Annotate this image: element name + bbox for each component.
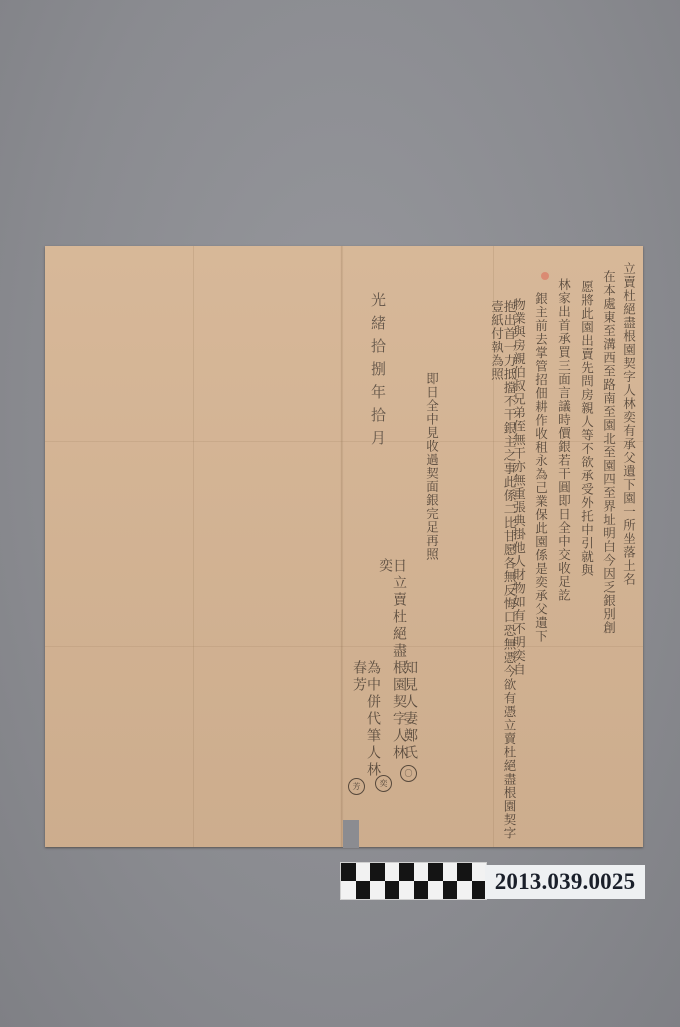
color-scale-square [457,881,472,899]
text-column: 立賣杜絕盡根園契字人林奕有承父遺下園一所坐落土名 [622,262,635,842]
color-scale-square [356,881,371,899]
seal-stamp: 〇 [400,765,417,782]
color-scale-square [414,881,429,899]
color-scale-square [399,863,414,881]
text-column: 在本處東至溝西至路南至園北至園四至界址明白今因乏銀別創 [602,270,615,842]
color-scale-square [356,863,371,881]
date-column: 光緒拾捌年拾月 [370,292,385,462]
color-scale-square [457,863,472,881]
seller-role: 日立賣杜絕盡根園契字人 [391,558,407,745]
receipt-note-column: 即日全中見收過契面銀完足再照 [425,372,438,632]
fold-line [45,646,643,647]
color-scale-square [385,863,400,881]
text-column: 愿將此園出賣先問房親人等不欲承受外托中引就與 [580,280,593,840]
color-scale-bar [340,862,487,900]
color-scale-square [341,881,356,899]
color-scale-square [472,863,487,881]
text-column: 林家出首承買三面言議時價銀若干圓即日全中交收足訖 [557,278,570,838]
scribe-signature: 為中併代筆人林春芳 [352,660,380,780]
accession-number-label: 2013.039.0025 [485,865,645,899]
seal-stamp: 芳 [348,778,365,795]
color-scale-square [428,863,443,881]
color-scale-square [370,863,385,881]
color-scale-square [370,881,385,899]
fold-line [193,246,194,847]
color-scale-square [341,863,356,881]
seller-signature: 日立賣杜絕盡根園契字人林奕 [378,558,406,773]
scribe-role: 為中併代筆人 [365,660,381,762]
color-scale-square [443,881,458,899]
fold-line [45,441,643,442]
color-scale-square [414,863,429,881]
text-column: 抱出首一力抵擋不干銀主之事此係二比甘愿各無反悔口恐無憑今欲有憑立賣杜絕盡根園契字… [490,300,515,845]
seal-stamp: 奕 [375,775,392,792]
color-scale-square [385,881,400,899]
paper-notch [343,820,359,848]
color-scale-square [399,881,414,899]
red-ink-mark [541,272,549,280]
color-scale-square [443,863,458,881]
color-scale-square [472,881,487,899]
deed-paper [45,246,643,847]
text-column: 銀主前去掌管招佃耕作收租永為己業保此園係是奕承父遺下 [534,292,547,837]
color-scale-square [428,881,443,899]
